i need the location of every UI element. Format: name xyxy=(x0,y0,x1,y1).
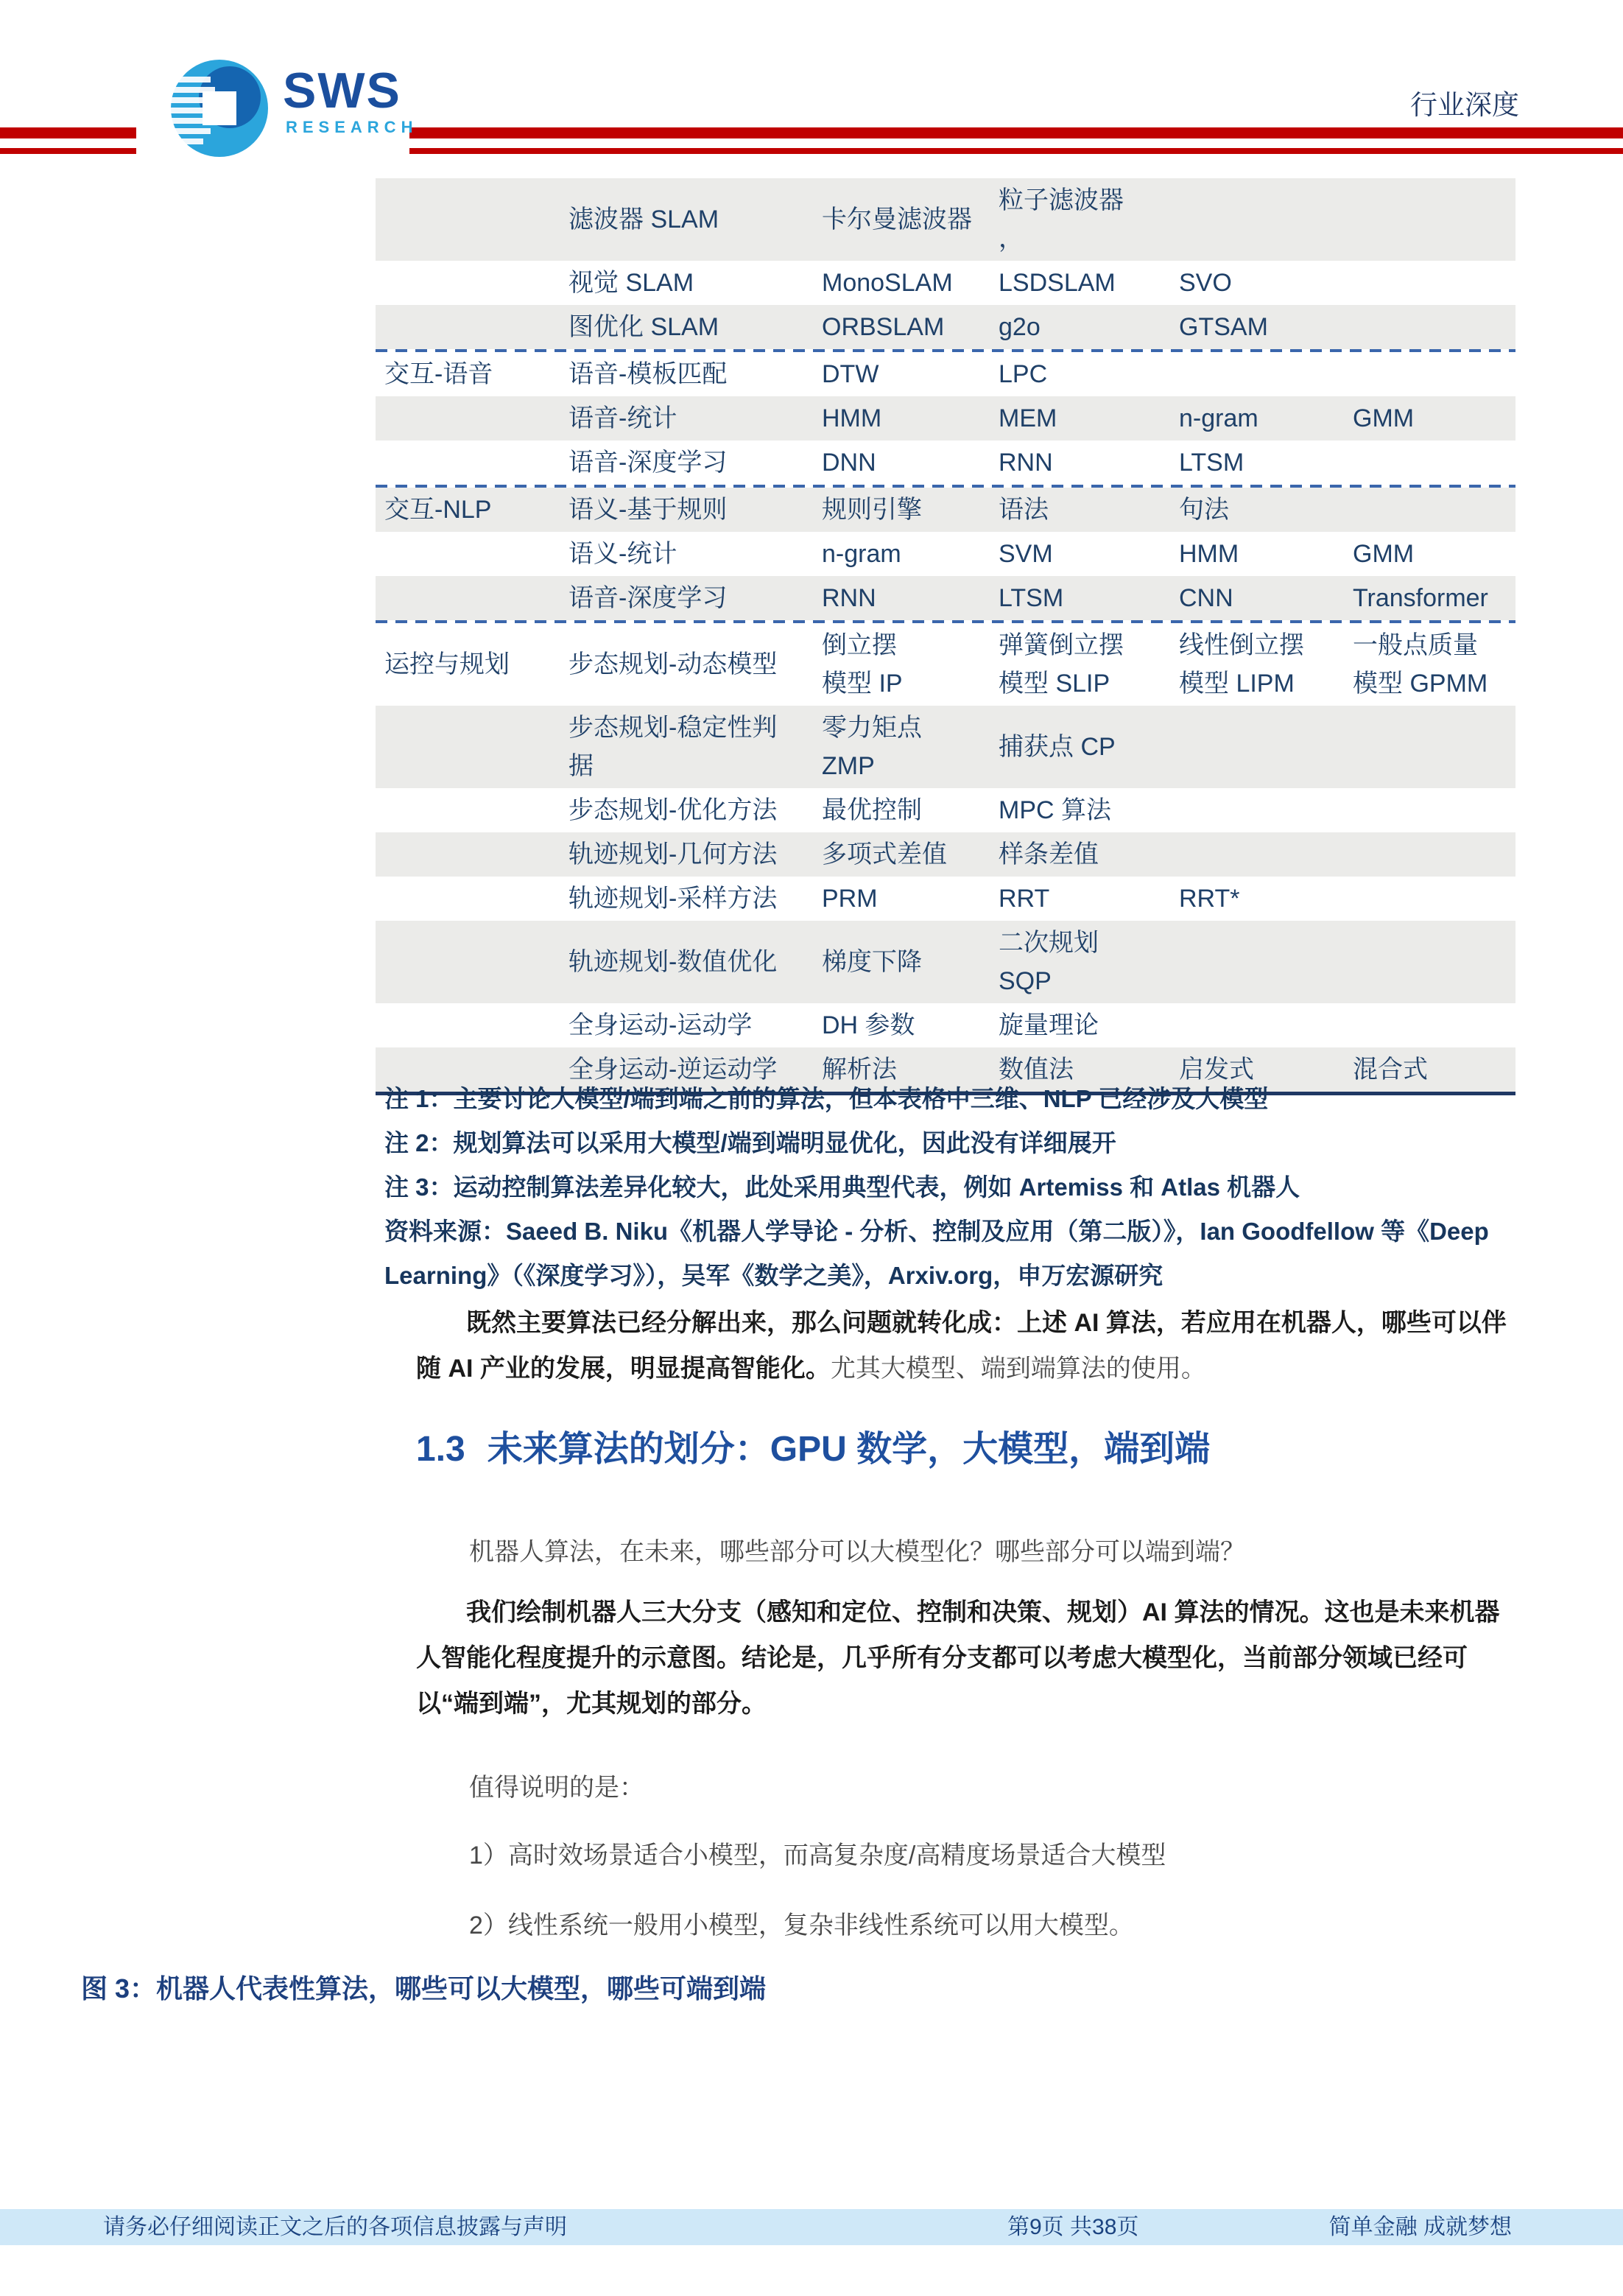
algo-cell-4 xyxy=(1353,371,1515,377)
algo-cell-4 xyxy=(1353,896,1515,902)
algo-cell-1: 规则引擎 xyxy=(822,488,999,532)
paragraph-summary: 既然主要算法已经分解出来，那么问题就转化成：上述 AI 算法，若应用在机器人，哪… xyxy=(416,1300,1518,1391)
table-row: 轨迹规划-数值优化梯度下降二次规划 SQP xyxy=(376,921,1515,1003)
algo-cell-4 xyxy=(1353,324,1515,330)
algo-cell-2: RRT xyxy=(999,877,1179,921)
algo-cell-3: LTSM xyxy=(1179,440,1353,485)
algo-cell-3: CNN xyxy=(1179,576,1353,620)
category-cell: 轨迹规划-采样方法 xyxy=(568,877,822,921)
algo-cell-2: 粒子滤波器 ， xyxy=(999,178,1179,261)
category-cell: 步态规划-动态模型 xyxy=(568,642,822,687)
paragraph-summary-rest: 尤其大模型、端到端算法的使用。 xyxy=(831,1355,1206,1383)
header-rule-left-thin xyxy=(0,148,136,154)
algo-cell-2: 样条差值 xyxy=(999,832,1179,877)
category-cell: 语音-模板匹配 xyxy=(568,352,822,396)
algo-cell-1: DTW xyxy=(822,352,999,396)
paragraph-lead-in: 值得说明的是： xyxy=(416,1765,1571,1811)
group-cell xyxy=(376,1022,568,1028)
algo-cell-2: 捕获点 CP xyxy=(999,725,1179,769)
algo-cell-2: 二次规划 SQP xyxy=(999,921,1179,1003)
algo-cell-4 xyxy=(1353,460,1515,466)
note-2: 注 2：规划算法可以采用大模型/端到端明显优化，因此没有详细展开 xyxy=(384,1121,1518,1165)
algo-cell-1: HMM xyxy=(822,396,999,440)
group-cell xyxy=(376,551,568,557)
algo-cell-2: LSDSLAM xyxy=(999,261,1179,305)
table-notes: 注 1：主要讨论大模型/端到端之前的算法，但本表格中三维、NLP 已经涉及大模型… xyxy=(384,1077,1518,1298)
algo-cell-1: 倒立摆 模型 IP xyxy=(822,623,999,706)
paragraph-conclusion: 我们绘制机器人三大分支（感知和定位、控制和决策、规划）AI 算法的情况。这也是未… xyxy=(416,1590,1518,1727)
algo-cell-2: MEM xyxy=(999,396,1179,440)
group-cell xyxy=(376,959,568,965)
group-cell xyxy=(376,460,568,466)
table-row: 步态规划-稳定性判 据零力矩点 ZMP捕获点 CP xyxy=(376,706,1515,788)
group-cell: 交互-语音 xyxy=(376,352,568,396)
logo-wordmark: SWS xyxy=(283,62,401,119)
algo-cell-4 xyxy=(1353,280,1515,286)
list-item-2: 2）线性系统一般用小模型，复杂非线性系统可以用大模型。 xyxy=(416,1903,1571,1948)
section-number: 1.3 xyxy=(416,1430,465,1469)
algo-cell-3 xyxy=(1179,744,1353,750)
algo-cell-3: SVO xyxy=(1179,261,1353,305)
group-cell: 交互-NLP xyxy=(376,488,568,532)
algo-cell-1: 卡尔曼滤波器 xyxy=(822,197,999,242)
group-cell xyxy=(376,595,568,601)
table-row: 轨迹规划-采样方法PRMRRTRRT* xyxy=(376,877,1515,921)
group-cell xyxy=(376,280,568,286)
table-row: 视觉 SLAMMonoSLAMLSDSLAMSVO xyxy=(376,261,1515,305)
table-row: 图优化 SLAMORBSLAMg2oGTSAM xyxy=(376,305,1515,349)
header-rule-right-thick xyxy=(409,127,1623,138)
algo-cell-1: MonoSLAM xyxy=(822,261,999,305)
category-cell: 语义-统计 xyxy=(568,532,822,576)
algorithm-table: 滤波器 SLAM卡尔曼滤波器粒子滤波器 ，视觉 SLAMMonoSLAMLSDS… xyxy=(376,178,1515,1095)
footer-disclaimer: 请务必仔细阅读正文之后的各项信息披露与声明 xyxy=(103,2209,567,2245)
logo-subtitle: RESEARCH xyxy=(286,118,418,137)
algo-cell-1: 梯度下降 xyxy=(822,940,999,984)
category-cell: 步态规划-稳定性判 据 xyxy=(568,706,822,788)
category-cell: 语音-统计 xyxy=(568,396,822,440)
table-row: 交互-语音语音-模板匹配DTWLPC xyxy=(376,352,1515,396)
table-row: 语音-深度学习DNNRNNLTSM xyxy=(376,440,1515,485)
algo-cell-3 xyxy=(1179,371,1353,377)
category-cell: 语义-基于规则 xyxy=(568,488,822,532)
algo-cell-2: LPC xyxy=(999,352,1179,396)
algo-cell-2: g2o xyxy=(999,305,1179,349)
header-rule-left-thick xyxy=(0,127,136,138)
group-cell xyxy=(376,217,568,222)
algo-cell-4 xyxy=(1353,807,1515,813)
algo-cell-1: DH 参数 xyxy=(822,1003,999,1047)
category-cell: 语音-深度学习 xyxy=(568,440,822,485)
algo-cell-4: GMM xyxy=(1353,532,1515,576)
algo-cell-4 xyxy=(1353,959,1515,965)
category-cell: 视觉 SLAM xyxy=(568,261,822,305)
group-cell xyxy=(376,807,568,813)
algo-cell-2: MPC 算法 xyxy=(999,788,1179,832)
list-item-1: 1）高时效场景适合小模型，而高复杂度/高精度场景适合大模型 xyxy=(416,1833,1571,1878)
algo-cell-4 xyxy=(1353,852,1515,857)
category-cell: 步态规划-优化方法 xyxy=(568,788,822,832)
algo-cell-4: Transformer xyxy=(1353,576,1515,620)
algo-cell-3: RRT* xyxy=(1179,877,1353,921)
figure-3-caption: 图 3：机器人代表性算法，哪些可以大模型，哪些可端到端 xyxy=(81,1968,766,2006)
table-row: 步态规划-优化方法最优控制MPC 算法 xyxy=(376,788,1515,832)
algo-cell-1: ORBSLAM xyxy=(822,305,999,349)
table-row: 语音-统计HMMMEMn-gramGMM xyxy=(376,396,1515,440)
group-cell: 运控与规划 xyxy=(376,642,568,687)
category-cell: 全身运动-运动学 xyxy=(568,1003,822,1047)
category-cell: 轨迹规划-数值优化 xyxy=(568,940,822,984)
report-page: SWS RESEARCH 行业深度 滤波器 SLAM卡尔曼滤波器粒子滤波器 ，视… xyxy=(0,0,1623,2296)
group-cell xyxy=(376,852,568,857)
algo-cell-3 xyxy=(1179,959,1353,965)
algo-cell-4 xyxy=(1353,1022,1515,1028)
algo-cell-4 xyxy=(1353,507,1515,513)
source-line: 资料来源：Saeed B. Niku《机器人学导论 - 分析、控制及应用（第二版… xyxy=(384,1210,1518,1298)
note-3: 注 3：运动控制算法差异化较大，此处采用典型代表，例如 Artemiss 和 A… xyxy=(384,1165,1518,1210)
algo-cell-2: RNN xyxy=(999,440,1179,485)
group-cell xyxy=(376,324,568,330)
algo-cell-3: GTSAM xyxy=(1179,305,1353,349)
sws-logo-icon xyxy=(169,56,274,161)
algo-cell-4: GMM xyxy=(1353,396,1515,440)
algo-cell-3 xyxy=(1179,807,1353,813)
algo-cell-1: 最优控制 xyxy=(822,788,999,832)
page-footer: 请务必仔细阅读正文之后的各项信息披露与声明 第9页 共38页 简单金融 成就梦想 xyxy=(0,2209,1623,2245)
category-cell: 轨迹规划-几何方法 xyxy=(568,832,822,877)
algo-cell-1: DNN xyxy=(822,440,999,485)
table-row: 语音-深度学习RNNLTSMCNNTransformer xyxy=(376,576,1515,620)
algo-cell-1: n-gram xyxy=(822,532,999,576)
algo-cell-3 xyxy=(1179,1022,1353,1028)
algo-cell-4 xyxy=(1353,744,1515,750)
algo-cell-2: 旋量理论 xyxy=(999,1003,1179,1047)
algo-cell-2: SVM xyxy=(999,532,1179,576)
table-row: 运控与规划步态规划-动态模型倒立摆 模型 IP弹簧倒立摆 模型 SLIP线性倒立… xyxy=(376,623,1515,706)
table-row: 交互-NLP语义-基于规则规则引擎语法句法 xyxy=(376,488,1515,532)
note-1: 注 1：主要讨论大模型/端到端之前的算法，但本表格中三维、NLP 已经涉及大模型 xyxy=(384,1077,1518,1121)
category-cell: 滤波器 SLAM xyxy=(568,197,822,242)
footer-slogan: 简单金融 成就梦想 xyxy=(1329,2209,1512,2245)
algo-cell-1: 零力矩点 ZMP xyxy=(822,706,999,788)
table-row: 轨迹规划-几何方法多项式差值样条差值 xyxy=(376,832,1515,877)
algo-cell-2: 弹簧倒立摆 模型 SLIP xyxy=(999,623,1179,706)
table-row: 滤波器 SLAM卡尔曼滤波器粒子滤波器 ， xyxy=(376,178,1515,261)
section-title: 未来算法的划分：GPU 数学，大模型，端到端 xyxy=(487,1430,1210,1469)
algo-cell-4: 一般点质量 模型 GPMM xyxy=(1353,623,1515,706)
section-heading: 1.3未来算法的划分：GPU 数学，大模型，端到端 xyxy=(416,1420,1210,1471)
algo-cell-1: RNN xyxy=(822,576,999,620)
algo-cell-3 xyxy=(1179,217,1353,222)
table-row: 全身运动-运动学DH 参数旋量理论 xyxy=(376,1003,1515,1047)
group-cell xyxy=(376,415,568,421)
category-cell: 语音-深度学习 xyxy=(568,576,822,620)
algo-cell-2: LTSM xyxy=(999,576,1179,620)
algo-cell-3 xyxy=(1179,852,1353,857)
header-rule-right-thin xyxy=(409,148,1623,154)
algo-cell-3: HMM xyxy=(1179,532,1353,576)
paragraph-question: 机器人算法，在未来，哪些部分可以大模型化？哪些部分可以端到端？ xyxy=(416,1529,1571,1575)
group-cell xyxy=(376,896,568,902)
algo-cell-3: 线性倒立摆 模型 LIPM xyxy=(1179,623,1353,706)
algo-cell-3: n-gram xyxy=(1179,396,1353,440)
footer-page-number: 第9页 共38页 xyxy=(1007,2209,1138,2245)
algo-cell-1: 多项式差值 xyxy=(822,832,999,877)
algo-cell-1: PRM xyxy=(822,877,999,921)
category-cell: 图优化 SLAM xyxy=(568,305,822,349)
group-cell xyxy=(376,744,568,750)
algo-cell-3: 句法 xyxy=(1179,488,1353,532)
table-row: 语义-统计n-gramSVMHMMGMM xyxy=(376,532,1515,576)
algo-cell-4 xyxy=(1353,217,1515,222)
report-type-label: 行业深度 xyxy=(1410,82,1519,122)
algo-cell-2: 语法 xyxy=(999,488,1179,532)
group-cell xyxy=(376,1067,568,1072)
